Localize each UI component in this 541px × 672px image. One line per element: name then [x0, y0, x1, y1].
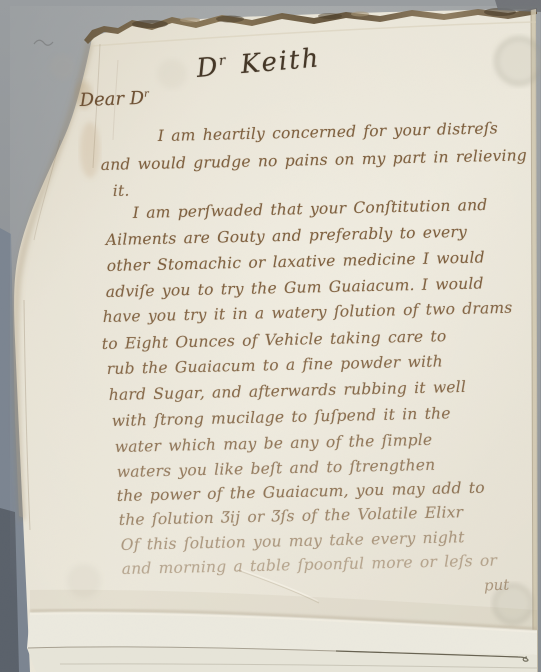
- letter-line: hard Sugar, and afterwards rubbing it we…: [109, 378, 467, 404]
- letter-line: adviſe you to try the Gum Guaiacum. I wo…: [106, 274, 484, 301]
- catchword: put: [484, 576, 510, 595]
- letter-line: to Eight Ounces of Vehicle taking care t…: [102, 327, 447, 353]
- letter-text-layer: DrKeith Dear Dr I am heartily concerned …: [0, 0, 541, 672]
- salutation-text: Dear D: [79, 88, 144, 111]
- letter-line: I am heartily concerned for your distreſ…: [158, 119, 498, 145]
- letter-line: and would grudge no pains on my part in …: [101, 146, 528, 174]
- heading-initial: D: [195, 52, 219, 84]
- salutation-superscript: r: [144, 89, 149, 100]
- letter-line: it.: [113, 182, 130, 200]
- letter-line: waters you like beſt and to ſtrengthen: [117, 456, 436, 481]
- letter-heading: DrKeith: [195, 43, 321, 84]
- letter-line: the ſolution Ʒij or Ʒſs of the Volatile …: [119, 503, 464, 529]
- heading-name: Keith: [240, 43, 322, 80]
- letter-line: Of this ſolution you may take every nigh…: [121, 528, 465, 554]
- heading-superscript: r: [218, 53, 227, 70]
- letter-line: the power of the Guaiacum, you may add t…: [117, 479, 485, 505]
- letter-line: rub the Guaiacum to a fine powder with: [107, 352, 443, 378]
- letter-line: other Stomachic or laxative medicine I w…: [107, 248, 485, 275]
- letter-line: I am perſwaded that your Conſtitution an…: [133, 196, 488, 222]
- salutation: Dear Dr: [79, 88, 149, 111]
- letter-line: and morning a table ſpoonful more or leſ…: [122, 551, 498, 578]
- manuscript-scan: DrKeith Dear Dr I am heartily concerned …: [0, 0, 541, 672]
- letter-line: Ailments are Gouty and preferably to eve…: [106, 223, 468, 249]
- letter-line: with ſtrong mucilage to ſuſpend it in th…: [112, 404, 451, 430]
- letter-line: water which may be any of the ſimple: [115, 431, 433, 456]
- letter-line: have you try it in a watery ſolution of …: [103, 299, 513, 326]
